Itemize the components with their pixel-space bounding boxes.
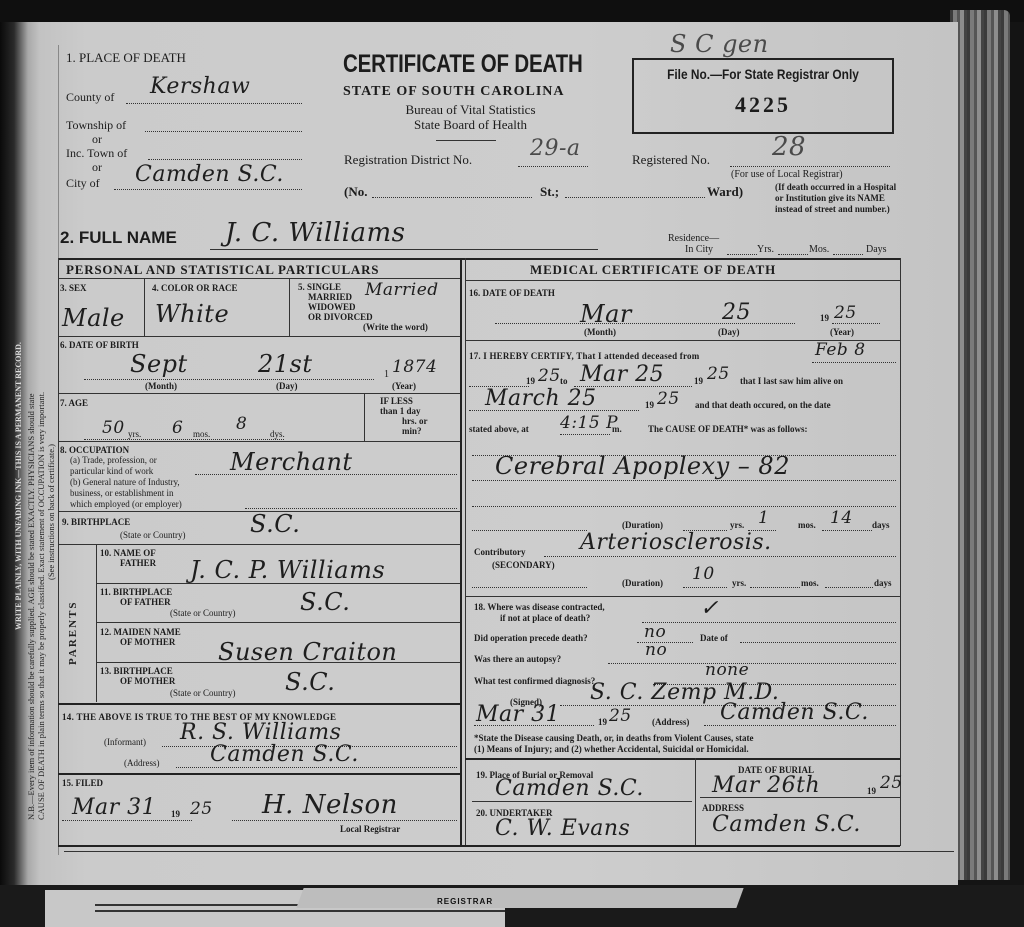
dob-line xyxy=(84,379,374,380)
contributory-value: Arteriosclerosis. xyxy=(580,530,772,555)
occupation-a-label-2: particular kind of work xyxy=(70,466,153,476)
rule xyxy=(95,910,505,912)
book-page-edges xyxy=(950,10,1010,880)
personal-heading: PERSONAL AND STATISTICAL PARTICULARS xyxy=(66,262,379,278)
mother-name-label-line: 12. MAIDEN NAME xyxy=(100,627,181,637)
mother-birthplace-value: S.C. xyxy=(285,668,335,696)
informant-address-value: Camden S.C. xyxy=(210,742,359,767)
residence-mos: Mos. xyxy=(809,244,829,255)
duration-mos-label: mos. xyxy=(798,520,816,530)
undertaker-value: C. W. Evans xyxy=(495,816,630,841)
autopsy-label: Was there an autopsy? xyxy=(474,654,561,664)
death-year-caption: (Year) xyxy=(830,327,854,337)
city-line xyxy=(114,189,302,190)
age-years: 50 xyxy=(102,418,125,438)
mother-birthplace-label-line: OF MOTHER xyxy=(100,676,175,686)
contracted-label-2: if not at place of death? xyxy=(500,613,590,623)
right-border xyxy=(900,258,901,846)
rule xyxy=(472,801,692,802)
residence-label: Residence— xyxy=(668,233,719,244)
burial-year: 25 xyxy=(880,773,903,793)
residence-yrs-line xyxy=(778,254,808,255)
margin-instruction-1: WRITE PLAINLY, WITH UNFADING INK—THIS IS… xyxy=(14,70,24,630)
if-less-line: min? xyxy=(380,426,428,436)
full-name-line xyxy=(210,249,598,250)
sex-label: 3. SEX xyxy=(60,283,87,293)
occupation-b-line xyxy=(245,508,457,509)
ward-label: Ward) xyxy=(707,184,743,200)
main-top-rule xyxy=(58,258,900,260)
rule xyxy=(58,393,460,394)
informant-label: (Informant) xyxy=(104,737,146,747)
street-line xyxy=(565,197,705,198)
township-label: Township of xyxy=(66,118,126,133)
duration-pre-line xyxy=(472,530,587,531)
residence-days: Days xyxy=(866,244,887,255)
filed-label: 15. FILED xyxy=(62,778,103,788)
operation-value: no xyxy=(644,622,666,642)
attended-from-date: Feb 8 xyxy=(815,340,866,360)
time-line xyxy=(560,434,610,435)
marital-value: Married xyxy=(365,280,439,300)
cause-of-death-label: The CAUSE OF DEATH* was as follows: xyxy=(648,424,808,434)
father-birthplace-label: 11. BIRTHPLACE OF FATHER xyxy=(100,587,172,607)
full-name-value: J. C. Williams xyxy=(225,218,405,248)
vrule xyxy=(96,544,97,702)
registration-district-label: Registration District No. xyxy=(344,152,472,168)
birthplace-label: 9. BIRTHPLACE xyxy=(62,517,130,527)
attended-from-year: 25 xyxy=(538,366,561,386)
if-less-line: IF LESS xyxy=(380,396,428,406)
death-day: 25 xyxy=(722,300,751,325)
footnote-line-1: *State the Disease causing Death, or, in… xyxy=(474,733,754,743)
rule xyxy=(96,662,460,663)
mother-name-label: 12. MAIDEN NAME OF MOTHER xyxy=(100,627,181,647)
or-label-2: or xyxy=(92,160,102,175)
registration-district-value: 29-a xyxy=(530,136,581,161)
registration-district-line xyxy=(518,166,588,167)
contrib-duration-label: (Duration) xyxy=(622,578,663,588)
vrule xyxy=(144,278,145,336)
mother-birthplace-label: 13. BIRTHPLACE OF MOTHER xyxy=(100,666,175,686)
informant-address-line xyxy=(176,767,457,768)
rule xyxy=(58,336,460,337)
birthplace-value: S.C. xyxy=(250,510,300,538)
age-mos-label: mos. xyxy=(193,429,210,439)
duration-label: (Duration) xyxy=(622,520,663,530)
no-label: (No. xyxy=(344,184,367,200)
parents-label: PARENTS xyxy=(68,585,78,665)
contrib-days-line xyxy=(825,587,873,588)
duration-months: 1 xyxy=(758,508,769,528)
next-page-registrar-label: REGISTRAR xyxy=(437,897,493,906)
if-less-line: than 1 day xyxy=(380,406,428,416)
sign-year-prefix: 19 xyxy=(598,717,607,727)
inc-town-label: Inc. Town of xyxy=(66,146,127,161)
rule xyxy=(58,773,460,775)
township-line xyxy=(145,131,302,132)
contrib-yrs-line xyxy=(683,587,727,588)
death-year-prefix: 19 xyxy=(820,313,829,323)
full-name-label: 2. FULL NAME xyxy=(60,228,177,248)
dark-background-top xyxy=(0,0,1024,22)
test-value: none xyxy=(705,660,749,680)
registered-no-value: 28 xyxy=(772,132,806,162)
next-page-fold xyxy=(296,888,743,908)
left-border xyxy=(58,258,59,846)
rule xyxy=(465,280,900,281)
race-label: 4. COLOR OR RACE xyxy=(152,283,238,293)
city-value: Camden S.C. xyxy=(135,162,284,187)
autopsy-line xyxy=(608,663,896,664)
rule xyxy=(465,758,900,760)
dob-year-caption: (Year) xyxy=(392,381,416,391)
mother-birthplace-sub: (State or Country) xyxy=(170,688,236,698)
title-divider xyxy=(436,140,496,141)
mother-name-label-line: OF MOTHER xyxy=(100,637,181,647)
age-days: 8 xyxy=(236,414,247,434)
county-line xyxy=(126,103,302,104)
contrib-days-label: days xyxy=(874,578,892,588)
medical-heading: MEDICAL CERTIFICATE OF DEATH xyxy=(530,262,776,278)
local-registrar-note: (For use of Local Registrar) xyxy=(731,169,843,180)
m-label: m. xyxy=(612,424,622,434)
age-months: 6 xyxy=(172,418,183,438)
file-number-box: File No.—For State Registrar Only 4225 xyxy=(632,58,894,134)
physician-address-value: Camden S.C. xyxy=(720,700,869,725)
death-month-caption: (Month) xyxy=(584,327,616,337)
filed-year: 25 xyxy=(190,799,213,819)
dob-day-caption: (Day) xyxy=(276,381,298,391)
or-label-1: or xyxy=(92,132,102,147)
date-of-death-label: 16. DATE OF DEATH xyxy=(469,288,555,298)
last-saw-year: 25 xyxy=(657,389,680,409)
filed-year-prefix: 19 xyxy=(171,809,180,819)
father-name-value: J. C. P. Williams xyxy=(190,556,385,584)
rule xyxy=(58,278,460,279)
rule xyxy=(58,703,460,705)
operation-date-line xyxy=(740,642,896,643)
last-saw-year-prefix: 19 xyxy=(645,400,654,410)
hospital-note: (If death occurred in a Hospital or Inst… xyxy=(775,182,900,215)
contracted-line xyxy=(642,622,896,623)
contrib-yrs-label: yrs. xyxy=(732,578,746,588)
test-label: What test confirmed diagnosis? xyxy=(474,676,595,686)
bureau-name: Bureau of Vital Statistics xyxy=(343,102,598,118)
vrule xyxy=(364,393,365,441)
local-registrar-signature: H. Nelson xyxy=(262,790,398,820)
margin-instruction-3: CAUSE OF DEATH in plain terms so that it… xyxy=(36,60,46,820)
file-number-label: File No.—For State Registrar Only xyxy=(653,66,872,82)
autopsy-value: no xyxy=(645,640,667,660)
contrib-duration-pre-line xyxy=(472,587,587,588)
death-year-line xyxy=(832,323,880,324)
certify-line-1: 17. I HEREBY CERTIFY, That I attended de… xyxy=(469,351,699,361)
registrar-line xyxy=(232,820,457,821)
residence-mos-line xyxy=(833,254,863,255)
contributory-label: Contributory xyxy=(474,547,526,557)
marital-label-line: WIDOWED xyxy=(298,302,428,312)
birthplace-sub: (State or Country) xyxy=(120,530,186,540)
street-no-line xyxy=(372,197,532,198)
mother-birthplace-label-line: 13. BIRTHPLACE xyxy=(100,666,175,676)
duration-days: 14 xyxy=(830,508,853,528)
filed-date-line xyxy=(62,820,192,821)
cause-line-3 xyxy=(472,506,896,507)
father-birthplace-sub: (State or Country) xyxy=(170,608,236,618)
dob-day: 21st xyxy=(258,350,313,378)
rule xyxy=(58,441,460,442)
from-year-prefix: 19 xyxy=(526,376,535,386)
father-birthplace-value: S.C. xyxy=(300,588,350,616)
contrib-mos-label: mos. xyxy=(801,578,819,588)
contrib-duration-years: 10 xyxy=(692,564,715,584)
board-name: State Board of Health xyxy=(343,117,598,133)
contracted-label-1: 18. Where was disease contracted, xyxy=(474,602,605,612)
occupation-b-label-1: (b) General nature of Industry, xyxy=(70,477,180,487)
filed-date: Mar 31 xyxy=(72,795,156,820)
main-bottom-rule xyxy=(58,845,900,847)
if-less-label: IF LESS than 1 day hrs. or min? xyxy=(380,396,428,436)
cause-line-2 xyxy=(472,480,896,481)
state-name: STATE OF SOUTH CAROLINA xyxy=(343,84,565,100)
race-value: White xyxy=(155,300,229,328)
attended-from-line xyxy=(812,362,896,363)
vrule xyxy=(289,278,290,336)
margin-instruction-2: N.B.—Every item of information should be… xyxy=(26,60,36,820)
father-birthplace-label-line: 11. BIRTHPLACE xyxy=(100,587,172,597)
occupation-label: 8. OCCUPATION xyxy=(60,445,129,455)
age-line xyxy=(84,439,284,440)
to-year-prefix: 19 xyxy=(694,376,703,386)
sign-year: 25 xyxy=(609,706,632,726)
center-divider xyxy=(460,258,462,846)
contrib-mos-line xyxy=(750,587,800,588)
contracted-checkmark: ✓ xyxy=(700,596,719,621)
physician-address-line xyxy=(704,725,896,726)
marital-label-line: OR DIVORCED xyxy=(298,312,428,322)
primary-cause: Cerebral Apoplexy – 82 xyxy=(495,452,790,480)
sc-gen-annotation: S C gen xyxy=(670,30,769,58)
file-number: 4225 xyxy=(634,92,892,118)
duration-days-line xyxy=(822,530,872,531)
last-saw-label: that I last saw him alive on xyxy=(740,376,843,386)
document-title: CERTIFICATE OF DEATH xyxy=(343,50,589,79)
dob-year: 1874 xyxy=(392,357,437,377)
occupation-value: Merchant xyxy=(230,448,353,476)
st-label: St.; xyxy=(540,184,559,200)
father-birthplace-label-line: OF FATHER xyxy=(100,597,172,607)
father-name-label-line: FATHER xyxy=(100,558,156,568)
burial-year-prefix: 19 xyxy=(867,786,876,796)
place-of-death-heading: 1. PLACE OF DEATH xyxy=(66,50,186,66)
occupation-b-label-3: which employed (or employer) xyxy=(70,499,182,509)
to-label: to xyxy=(560,376,568,386)
sign-date: Mar 31 xyxy=(476,702,560,727)
occupation-b-label-2: business, or establishment in xyxy=(70,488,174,498)
attended-to-year: 25 xyxy=(707,364,730,384)
footnote-line-2: (1) Means of Injury; and (2) whether Acc… xyxy=(474,744,749,754)
operation-date-label: Date of xyxy=(700,633,728,643)
stated-above-label: stated above, at xyxy=(469,424,529,434)
registered-no-line xyxy=(730,166,890,167)
rule xyxy=(465,596,900,597)
contributory-line xyxy=(544,556,896,557)
rule xyxy=(96,583,460,584)
duration-yrs-label: yrs. xyxy=(730,520,744,530)
residence-in-city: In City xyxy=(685,244,713,255)
rule xyxy=(58,544,460,545)
margin-instruction-4: (See instructions on back of certificate… xyxy=(46,240,56,580)
father-name-label-line: 10. NAME OF xyxy=(100,548,156,558)
residence-yrs: Yrs. xyxy=(757,244,774,255)
dob-month: Sept xyxy=(130,350,188,378)
if-less-line: hrs. or xyxy=(380,416,428,426)
last-saw-date: March 25 xyxy=(485,386,597,411)
time-of-death: 4:15 P xyxy=(560,413,618,433)
vrule xyxy=(695,758,696,845)
secondary-label: (SECONDARY) xyxy=(492,560,555,570)
bottom-double-rule xyxy=(64,851,954,852)
age-yrs-label: yrs. xyxy=(128,429,141,439)
age-dys-label: dys. xyxy=(270,429,285,439)
registered-no-label: Registered No. xyxy=(632,152,710,168)
dob-label: 6. DATE OF BIRTH xyxy=(60,340,139,350)
dob-month-caption: (Month) xyxy=(145,381,177,391)
death-occurred-label: and that death occured, on the date xyxy=(695,400,831,410)
rule xyxy=(700,797,900,798)
sex-value: Male xyxy=(62,304,125,332)
father-name-label: 10. NAME OF FATHER xyxy=(100,548,156,568)
marital-label-line: (Write the word) xyxy=(298,322,428,332)
age-label: 7. AGE xyxy=(60,398,88,408)
county-label: County of xyxy=(66,90,114,105)
undertaker-address-value: Camden S.C. xyxy=(712,812,861,837)
attended-to-date: Mar 25 xyxy=(580,362,664,387)
death-month: Mar xyxy=(580,300,632,328)
dob-year-prefix: 1 xyxy=(384,369,389,380)
death-day-caption: (Day) xyxy=(718,327,740,337)
inc-town-line xyxy=(148,159,302,160)
local-registrar-label: Local Registrar xyxy=(340,824,400,834)
county-value: Kershaw xyxy=(150,74,250,99)
city-label: City of xyxy=(66,176,100,191)
informant-address-label: (Address) xyxy=(124,758,160,768)
operation-label: Did operation precede death? xyxy=(474,633,588,643)
duration-days-label: days xyxy=(872,520,890,530)
rule xyxy=(96,622,460,623)
occupation-a-label-1: (a) Trade, profession, or xyxy=(70,455,157,465)
residence-city-line xyxy=(727,254,757,255)
burial-place-value: Camden S.C. xyxy=(495,776,644,801)
death-year: 25 xyxy=(834,303,857,323)
physician-address-label: (Address) xyxy=(652,717,689,727)
burial-date-value: Mar 26th xyxy=(712,773,820,798)
